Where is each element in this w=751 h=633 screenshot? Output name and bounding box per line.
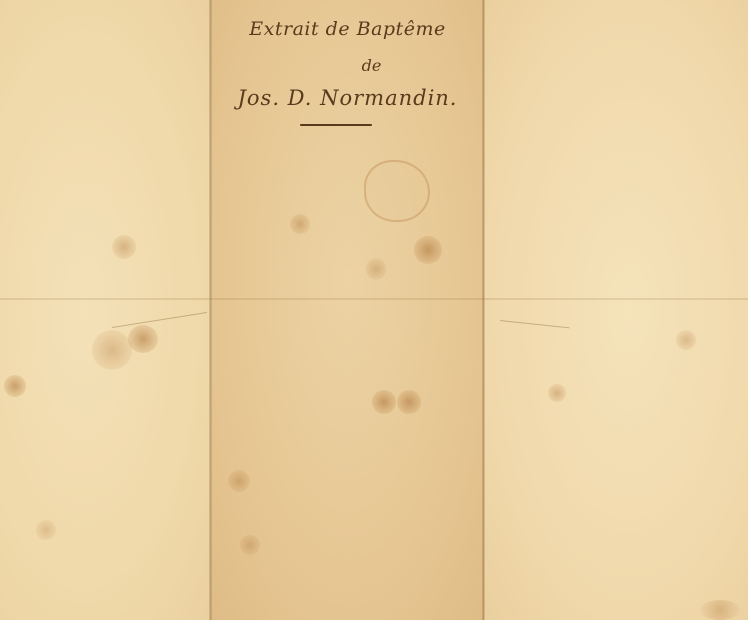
handwritten-title: Extrait de Baptême xyxy=(211,18,484,40)
handwritten-underline xyxy=(300,124,372,126)
stain xyxy=(112,235,136,259)
stain xyxy=(228,470,250,492)
stain xyxy=(36,520,56,540)
stain xyxy=(290,214,310,234)
stain xyxy=(414,236,442,264)
stain xyxy=(92,330,132,370)
document-sheet: Extrait de Baptême de Jos. D. Normandin. xyxy=(0,0,748,620)
horizontal-fold xyxy=(0,298,748,300)
handwritten-de: de xyxy=(235,56,508,75)
stain xyxy=(397,390,421,414)
right-panel xyxy=(484,0,748,620)
stain xyxy=(548,384,566,402)
stain xyxy=(700,600,740,620)
handwritten-name: Jos. D. Normandin. xyxy=(211,86,484,110)
stain xyxy=(676,330,696,350)
ring-stain xyxy=(364,160,430,222)
left-panel xyxy=(0,0,211,620)
stain xyxy=(240,535,260,555)
stain xyxy=(128,325,158,353)
stain xyxy=(366,258,386,280)
stain xyxy=(372,390,396,414)
stain xyxy=(4,375,26,397)
